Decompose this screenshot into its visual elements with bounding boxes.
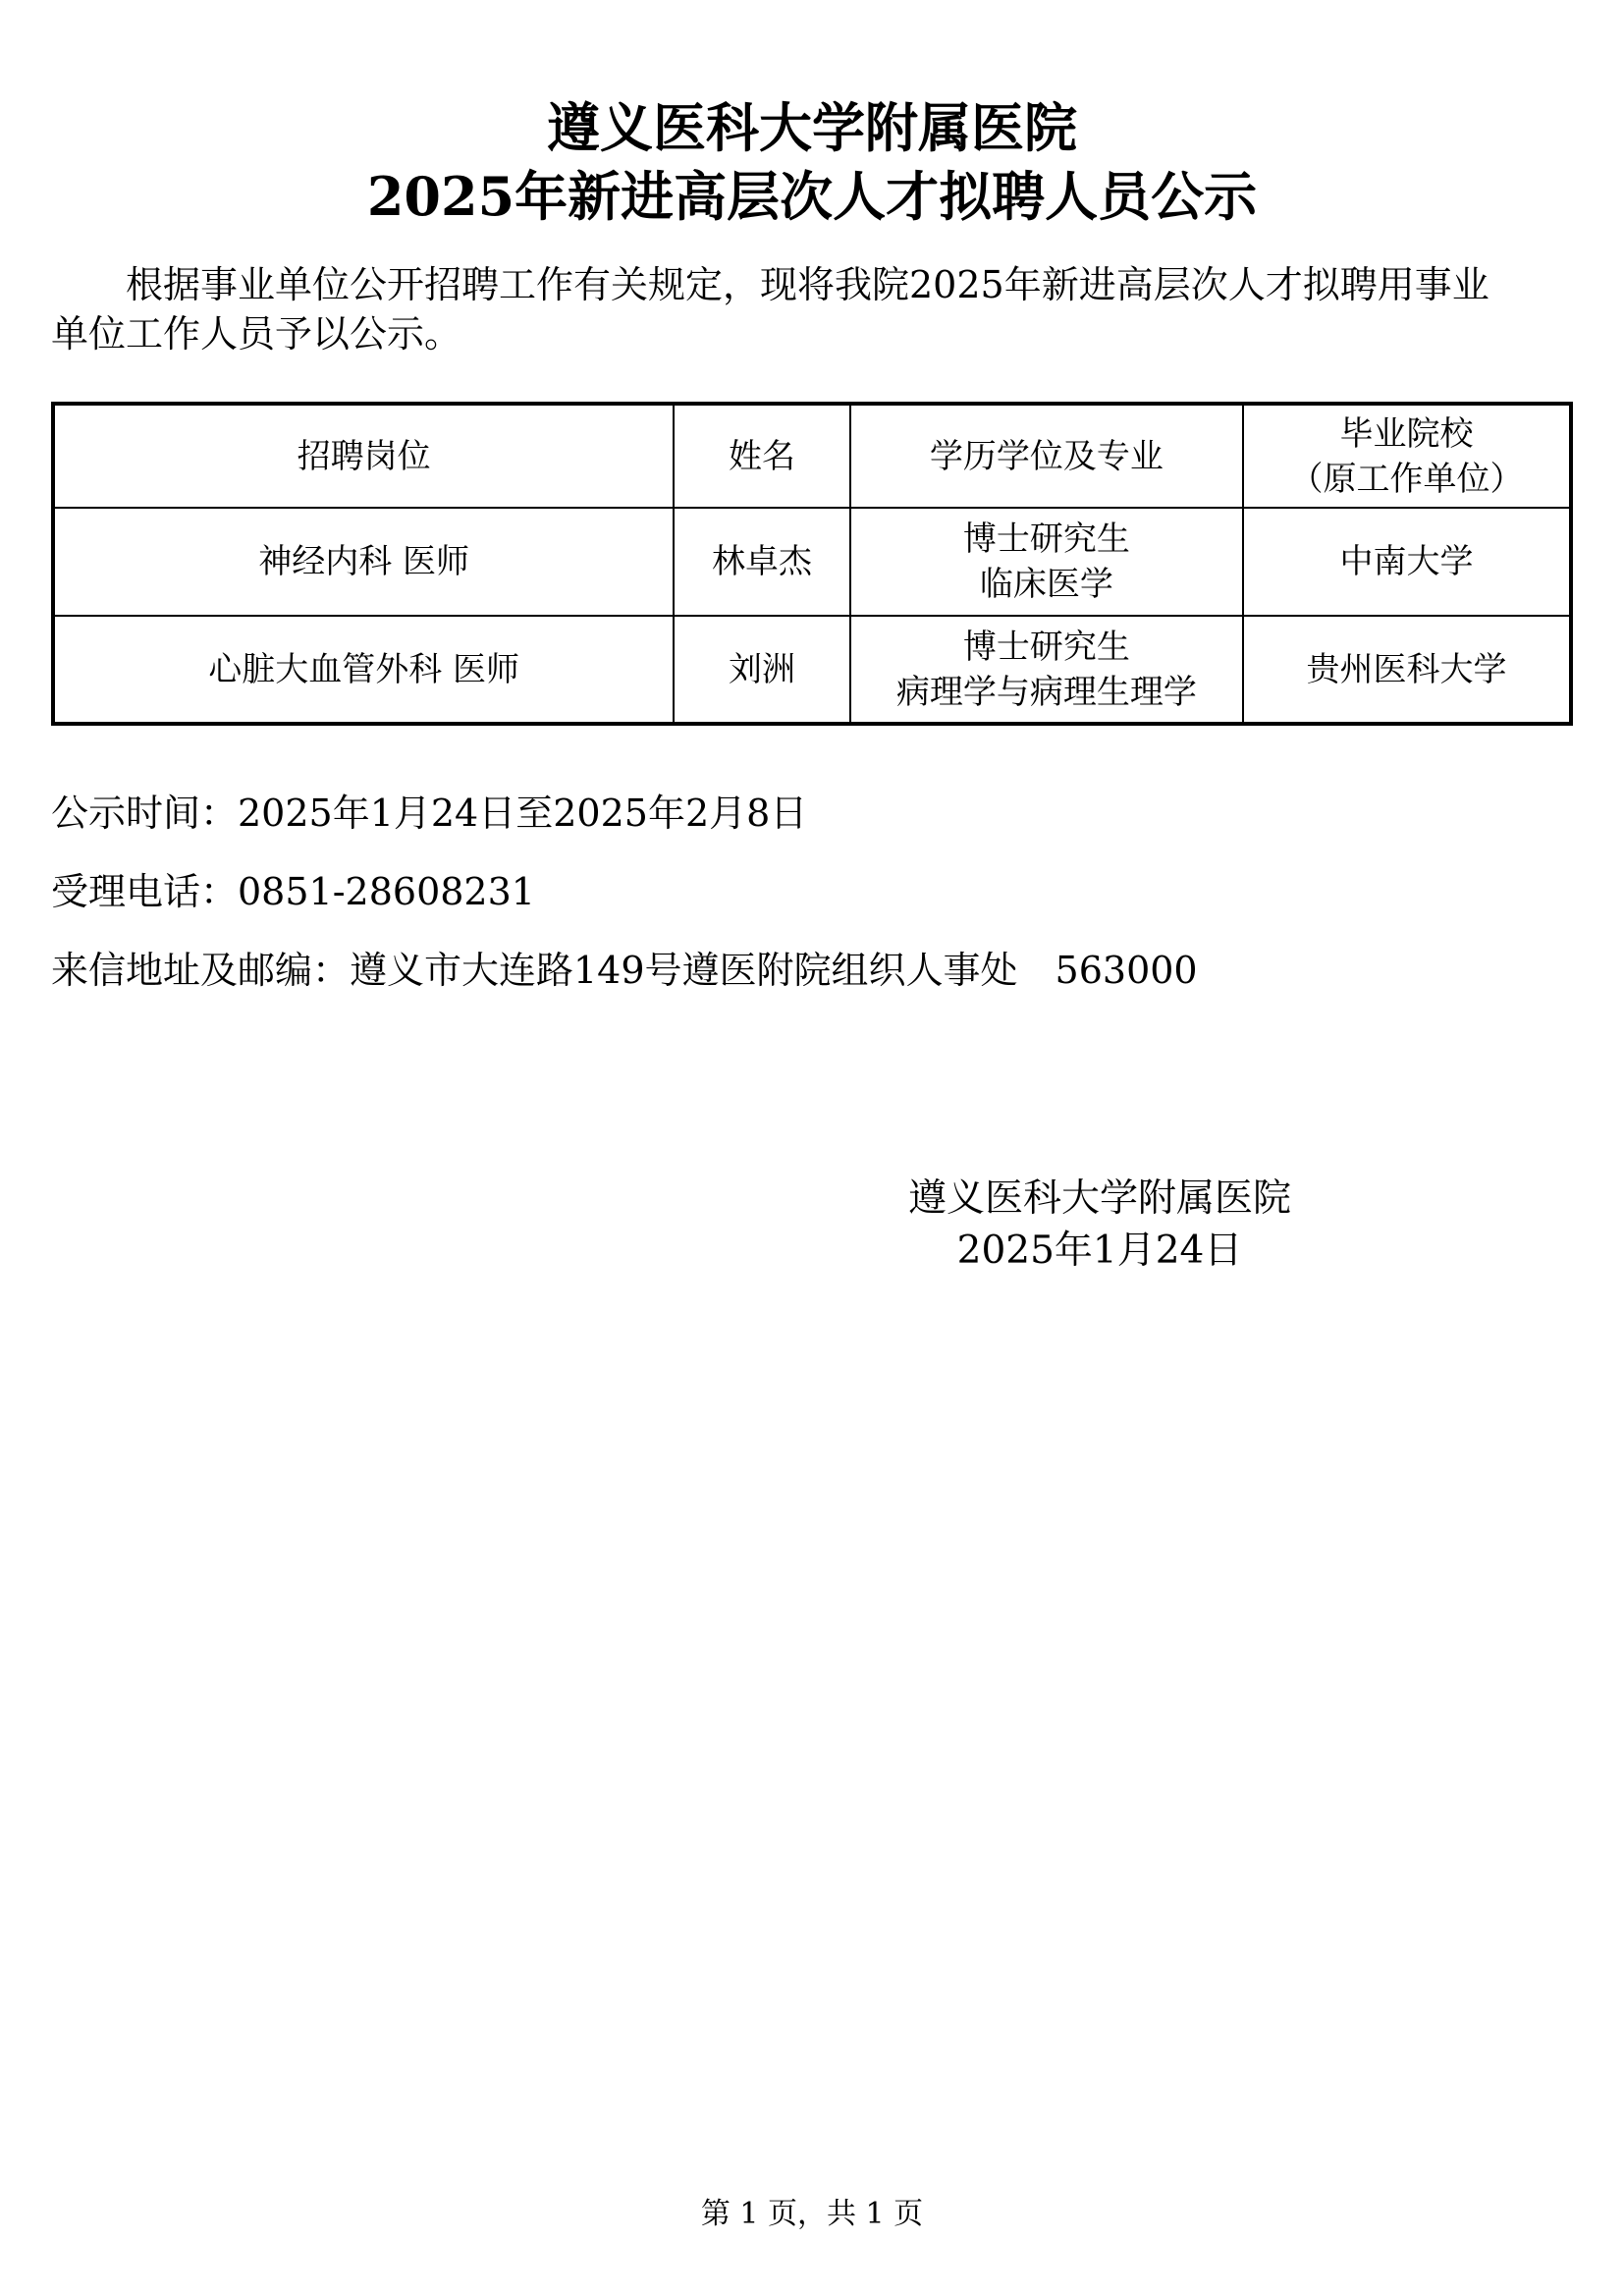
col-header-school-line-1: 毕业院校 xyxy=(1248,411,1565,457)
intro-paragraph: 根据事业单位公开招聘工作有关规定，现将我院2025年新进高层次人才拟聘用事业单位… xyxy=(51,260,1573,358)
signature-organization: 遵义医科大学附属医院 xyxy=(805,1173,1394,1225)
table-header-row: 招聘岗位 姓名 学历学位及专业 毕业院校 （原工作单位） xyxy=(53,404,1571,508)
intro-line-2: 单位工作人员予以公示。 xyxy=(51,312,461,355)
table-row: 心脏大血管外科 医师 刘洲 博士研究生 病理学与病理生理学 贵州医科大学 xyxy=(53,616,1571,724)
cell-degree-line-1: 博士研究生 xyxy=(855,517,1238,562)
cell-name: 刘洲 xyxy=(674,616,849,724)
cell-degree-line-1: 博士研究生 xyxy=(855,625,1238,670)
col-header-school-line-2: （原工作单位） xyxy=(1248,457,1565,502)
col-header-school: 毕业院校 （原工作单位） xyxy=(1243,404,1571,508)
intro-line-1: 根据事业单位公开招聘工作有关规定，现将我院2025年新进高层次人才拟聘用事业 xyxy=(126,263,1489,306)
cell-degree: 博士研究生 病理学与病理生理学 xyxy=(850,616,1243,724)
contact-phone-line: 受理电话：0851-28608231 xyxy=(51,869,1573,914)
title-line-1: 遵义医科大学附属医院 xyxy=(51,93,1573,162)
col-header-position: 招聘岗位 xyxy=(53,404,674,508)
cell-name: 林卓杰 xyxy=(674,508,849,616)
col-header-degree: 学历学位及专业 xyxy=(850,404,1243,508)
document-title: 遵义医科大学附属医院 2025年新进高层次人才拟聘人员公示 xyxy=(51,0,1573,231)
cell-school: 贵州医科大学 xyxy=(1243,616,1571,724)
mailing-address-line: 来信地址及邮编：遵义市大连路149号遵医附院组织人事处 563000 xyxy=(51,948,1573,993)
document-content: 遵义医科大学附属医院 2025年新进高层次人才拟聘人员公示 根据事业单位公开招聘… xyxy=(51,0,1573,993)
page-number-indicator: 第 1 页，共 1 页 xyxy=(0,2197,1624,2232)
signature-block: 遵义医科大学附属医院 2025年1月24日 xyxy=(805,1173,1394,1277)
cell-school: 中南大学 xyxy=(1243,508,1571,616)
cell-degree: 博士研究生 临床医学 xyxy=(850,508,1243,616)
cell-position: 心脏大血管外科 医师 xyxy=(53,616,674,724)
col-header-name: 姓名 xyxy=(674,404,849,508)
document-page: 遵义医科大学附属医院 2025年新进高层次人才拟聘人员公示 根据事业单位公开招聘… xyxy=(0,0,1624,2296)
title-line-2: 2025年新进高层次人才拟聘人员公示 xyxy=(51,162,1573,231)
cell-degree-line-2: 临床医学 xyxy=(855,562,1238,607)
cell-degree-line-2: 病理学与病理生理学 xyxy=(855,670,1238,715)
cell-position: 神经内科 医师 xyxy=(53,508,674,616)
table-row: 神经内科 医师 林卓杰 博士研究生 临床医学 中南大学 xyxy=(53,508,1571,616)
signature-date: 2025年1月24日 xyxy=(805,1225,1394,1277)
candidates-table: 招聘岗位 姓名 学历学位及专业 毕业院校 （原工作单位） 神经内科 医师 林卓杰… xyxy=(51,402,1573,726)
publicity-period-line: 公示时间：2025年1月24日至2025年2月8日 xyxy=(51,791,1573,836)
